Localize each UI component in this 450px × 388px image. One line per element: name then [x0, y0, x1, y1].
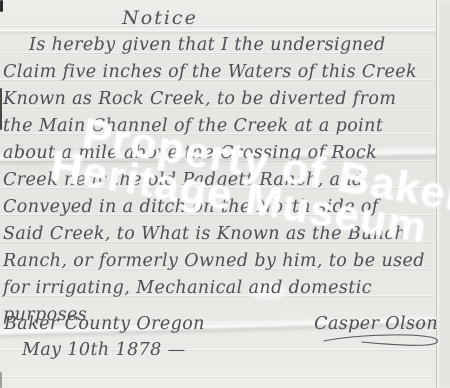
body-line: Creek near the old Padgett Ranch, and: [3, 167, 444, 194]
scan-edge-artifact: [0, 88, 2, 130]
body-line: Claim five inches of the Waters of this …: [3, 59, 444, 86]
date-line: May 10th 1878 —: [22, 337, 450, 364]
place-line: Baker County Oregon: [4, 311, 205, 338]
body-line: Conveyed in a ditch on the North side of: [3, 194, 444, 221]
scanned-document: Notice Is hereby given that I the unders…: [0, 0, 450, 388]
signature-row: Baker County Oregon Casper Olson: [4, 311, 444, 338]
body-line: for irrigating, Mechanical and domestic: [3, 275, 444, 302]
body-line: the Main Channel of the Creek at a point: [3, 113, 444, 140]
document-title: Notice: [0, 5, 320, 32]
document-body: Is hereby given that I the undersigned C…: [3, 32, 444, 329]
scan-edge-artifact: [0, 372, 2, 388]
body-line: about a mile above the Crossing of Rock: [3, 140, 444, 167]
body-line: Known as Rock Creek, to be diverted from: [3, 86, 444, 113]
body-line: Said Creek, to What is Known as the Bunc…: [3, 221, 444, 248]
signature: Casper Olson: [314, 311, 444, 338]
body-line: Ranch, or formerly Owned by him, to be u…: [3, 248, 444, 275]
body-line: Is hereby given that I the undersigned: [3, 32, 444, 59]
